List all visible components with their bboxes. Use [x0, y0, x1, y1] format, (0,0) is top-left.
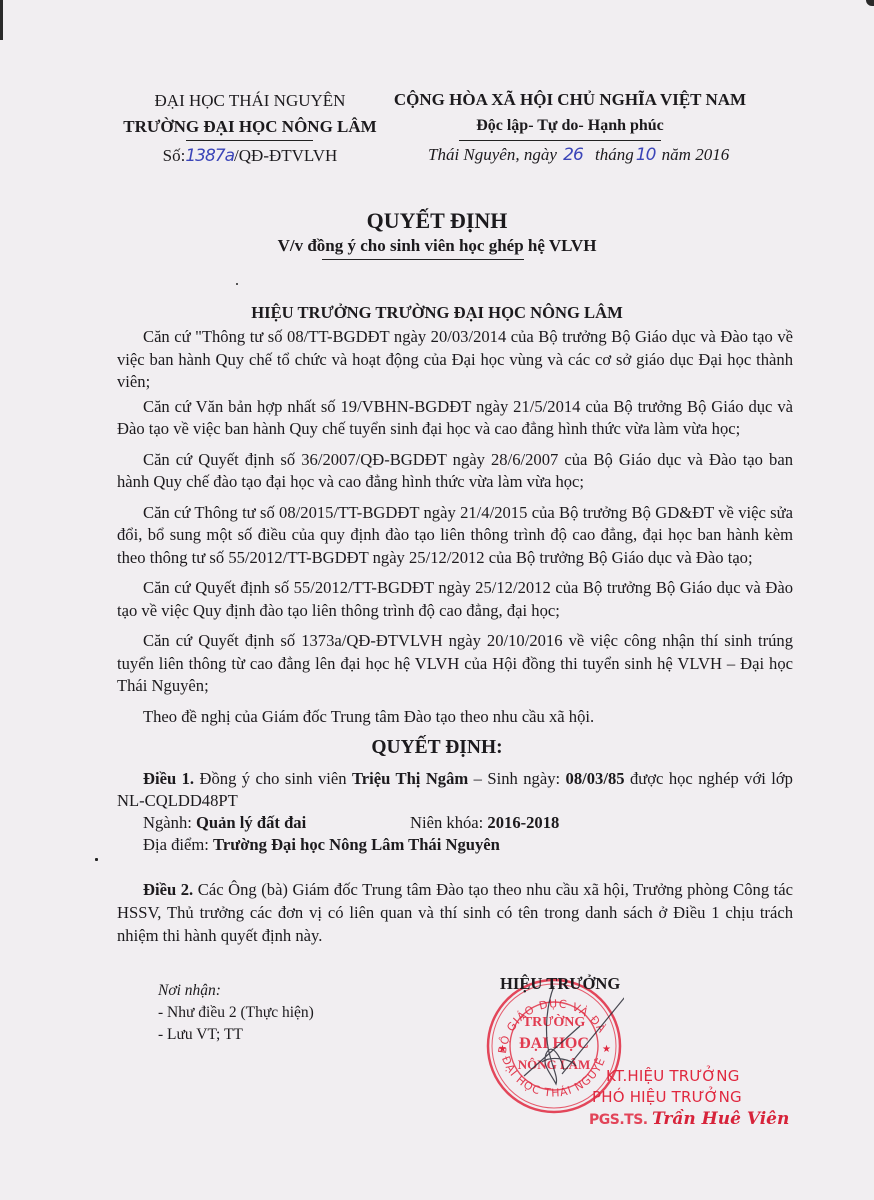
signer-name: Trần Huê Viên	[652, 1109, 789, 1129]
scan-speck	[236, 283, 238, 285]
document-number-prefix: Số:	[163, 146, 186, 165]
legal-basis-1: Căn cứ "Thông tư số 08/TT-BGDĐT ngày 20/…	[117, 326, 793, 394]
legal-basis-7: Theo đề nghị của Giám đốc Trung tâm Đào …	[117, 706, 793, 729]
decision-heading: QUYẾT ĐỊNH:	[0, 737, 874, 759]
article-1-location-row: Địa điểm: Trường Đại học Nông Lâm Thái N…	[117, 834, 793, 856]
legal-basis-3: Căn cứ Quyết định số 36/2007/QĐ-BGDĐT ng…	[117, 449, 793, 494]
header-school: TRƯỜNG ĐẠI HỌC NÔNG LÂM	[100, 117, 400, 137]
document-subject-underline	[322, 259, 524, 260]
header-country: CỘNG HÒA XÃ HỘI CHỦ NGHĨA VIỆT NAM	[385, 90, 755, 110]
legal-basis-5: Căn cứ Quyết định số 55/2012/TT-BGDĐT ng…	[117, 577, 793, 622]
course-value: 2016-2018	[487, 813, 559, 832]
document-subject: V/v đồng ý cho sinh viên học ghép hệ VLV…	[0, 236, 874, 256]
scanned-document-page: ĐẠI HỌC THÁI NGUYÊN TRƯỜNG ĐẠI HỌC NÔNG …	[0, 0, 874, 1200]
location-label: Địa điểm:	[143, 835, 213, 854]
student-dob: 08/03/85	[566, 769, 625, 788]
svg-text:★: ★	[602, 1044, 611, 1055]
svg-text:TRƯỜNG: TRƯỜNG	[523, 1013, 586, 1030]
date-year: năm 2016	[662, 145, 730, 164]
date-month-label: tháng	[595, 145, 634, 164]
header-motto: Độc lập- Tự do- Hạnh phúc	[385, 117, 755, 135]
signature-degree: PGS.TS.	[589, 1112, 648, 1128]
location-value: Trường Đại học Nông Lâm Thái Nguyên	[213, 835, 500, 854]
scan-edge-mark	[866, 0, 874, 6]
svg-text:★: ★	[498, 1044, 507, 1055]
student-name: Triệu Thị Ngâm	[352, 769, 468, 788]
article-1-text-a: Đồng ý cho sinh viên	[194, 769, 352, 788]
article-2: Điều 2. Các Ông (bà) Giám đốc Trung tâm …	[117, 878, 793, 947]
signature-title: HIỆU TRƯỞNG	[500, 974, 620, 994]
course-field: Niên khóa: 2016-2018	[410, 812, 559, 834]
scan-speck	[95, 858, 98, 861]
legal-basis-6: Căn cứ Quyết định số 1373a/QĐ-ĐTVLVH ngà…	[117, 630, 793, 698]
issuing-authority: HIỆU TRƯỞNG TRƯỜNG ĐẠI HỌC NÔNG LÂM	[0, 303, 874, 323]
header-school-underline	[186, 140, 313, 141]
recipient-item: - Lưu VT; TT	[158, 1024, 314, 1046]
legal-bases: Căn cứ "Thông tư số 08/TT-BGDĐT ngày 20/…	[117, 326, 793, 734]
signature-position: PHÓ HIỆU TRƯỞNG	[592, 1088, 742, 1106]
date-day-handwritten: 26	[563, 145, 583, 165]
scan-edge-mark	[0, 0, 3, 40]
document-number: Số:1387a/QĐ-ĐTVLVH	[100, 146, 400, 166]
major-value: Quản lý đất đai	[196, 813, 306, 832]
place-date-prefix: Thái Nguyên, ngày	[428, 145, 557, 164]
article-1-text-b: – Sinh ngày:	[468, 769, 565, 788]
article-2-text: Điều 2. Các Ông (bà) Giám đốc Trung tâm …	[117, 878, 793, 947]
legal-basis-2: Căn cứ Văn bản hợp nhất số 19/VBHN-BGDĐT…	[117, 396, 793, 441]
legal-basis-4: Căn cứ Thông tư số 08/2015/TT-BGDĐT ngày…	[117, 502, 793, 570]
article-2-body: Các Ông (bà) Giám đốc Trung tâm Đào tạo …	[117, 880, 793, 945]
recipient-item: - Như điều 2 (Thực hiện)	[158, 1002, 314, 1024]
document-number-handwritten: 1387a	[185, 146, 234, 166]
article-1-text: Điều 1. Đồng ý cho sinh viên Triệu Thị N…	[117, 768, 793, 812]
article-1-label: Điều 1.	[143, 769, 194, 788]
article-1: Điều 1. Đồng ý cho sinh viên Triệu Thị N…	[117, 768, 793, 856]
signature-on-behalf: KT.HIỆU TRƯỞNG	[606, 1067, 740, 1085]
header-motto-underline	[459, 140, 661, 141]
signer-degree: PGS.TS.	[589, 1112, 648, 1128]
course-label: Niên khóa:	[410, 813, 487, 832]
date-month-handwritten: 10	[636, 145, 656, 165]
place-and-date: Thái Nguyên, ngày 26 tháng10 năm 2016	[428, 145, 729, 165]
article-2-label: Điều 2.	[143, 880, 193, 899]
document-number-suffix: /QĐ-ĐTVLVH	[234, 146, 337, 165]
major-label: Ngành:	[143, 813, 196, 832]
article-1-major-row: Ngành: Quản lý đất đai Niên khóa: 2016-2…	[117, 812, 793, 834]
header-university: ĐẠI HỌC THÁI NGUYÊN	[100, 91, 400, 111]
document-title: QUYẾT ĐỊNH	[0, 208, 874, 234]
recipients-heading: Nơi nhận:	[158, 980, 314, 1002]
recipients: Nơi nhận: - Như điều 2 (Thực hiện) - Lưu…	[158, 980, 314, 1046]
